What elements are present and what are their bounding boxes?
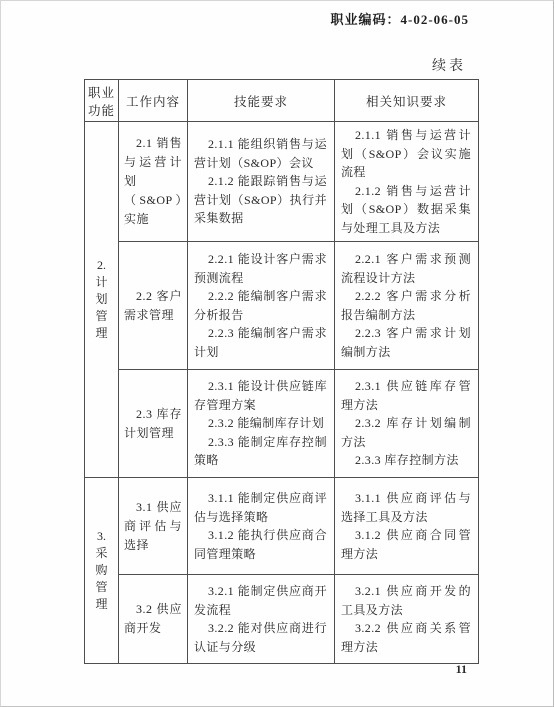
skills-cell: 2.3.1 能设计供应链库存管理方案 2.3.2 能编制库存计划 2.3.3 能… xyxy=(188,370,335,478)
function-group-planning: 2. 计划管理 xyxy=(85,122,119,478)
knowledge-item: 2.3.2 库存计划编制方法 xyxy=(341,414,471,451)
table-header-row: 职业功能 工作内容 技能要求 相关知识要求 xyxy=(85,80,479,122)
knowledge-cell: 3.2.1 供应商开发的工具及方法 3.2.2 供应商关系管理方法 xyxy=(335,575,479,664)
skills-cell: 2.2.1 能设计客户需求预测流程 2.2.2 能编制客户需求分析报告 2.2.… xyxy=(188,242,335,370)
function-name-vertical: 采购管理 xyxy=(95,545,108,613)
requirements-table: 职业功能 工作内容 技能要求 相关知识要求 2. 计划管理 2.1 销售与运营计… xyxy=(84,79,479,664)
function-label: 3. 采购管理 xyxy=(85,528,118,613)
knowledge-item: 3.2.2 供应商关系管理方法 xyxy=(341,619,471,656)
work-content-text: 2.1 销售与运营计划（S&OP）实施 xyxy=(124,134,182,229)
function-label: 2. 计划管理 xyxy=(85,257,118,342)
function-group-procurement: 3. 采购管理 xyxy=(85,478,119,664)
knowledge-cell: 2.1.1 销售与运营计划（S&OP）会议实施流程 2.1.2 销售与运营计划（… xyxy=(335,122,479,242)
knowledge-cell: 2.2.1 客户需求预测流程设计方法 2.2.2 客户需求分析报告编制方法 2.… xyxy=(335,242,479,370)
page-number: 11 xyxy=(456,662,467,677)
skill-item: 3.2.2 能对供应商进行认证与分级 xyxy=(194,619,327,656)
function-number: 2. xyxy=(97,257,106,273)
work-content-text: 2.2 客户需求管理 xyxy=(124,287,182,325)
skills-cell: 2.1.1 能组织销售与运营计划（S&OP）会议 2.1.2 能跟踪销售与运营计… xyxy=(188,122,335,242)
knowledge-item: 3.1.1 供应商评估与选择工具及方法 xyxy=(341,489,471,526)
work-content-cell: 2.2 客户需求管理 xyxy=(119,242,188,370)
knowledge-item: 2.2.2 客户需求分析报告编制方法 xyxy=(341,287,471,324)
knowledge-item: 3.2.1 供应商开发的工具及方法 xyxy=(341,582,471,619)
work-content-text: 3.1 供应商评估与选择 xyxy=(124,498,182,555)
continued-table-label: 续表 xyxy=(432,55,466,75)
skill-item: 2.3.1 能设计供应链库存管理方案 xyxy=(194,377,327,414)
work-content-text: 2.3 库存计划管理 xyxy=(124,405,182,443)
knowledge-cell: 2.3.1 供应链库存管理方法 2.3.2 库存计划编制方法 2.3.3 库存控… xyxy=(335,370,479,478)
skills-cell: 3.1.1 能制定供应商评估与选择策略 3.1.2 能执行供应商合同管理策略 xyxy=(188,478,335,575)
occupation-code: 职业编码：4-02-06-05 xyxy=(331,9,470,28)
table-row: 2. 计划管理 2.1 销售与运营计划（S&OP）实施 2.1.1 能组织销售与… xyxy=(85,122,479,242)
skill-item: 2.2.2 能编制客户需求分析报告 xyxy=(194,287,327,324)
skill-item: 2.1.2 能跟踪销售与运营计划（S&OP）执行并采集数据 xyxy=(194,172,327,228)
knowledge-item: 2.2.3 客户需求计划编制方法 xyxy=(341,324,471,361)
knowledge-item: 2.3.1 供应链库存管理方法 xyxy=(341,377,471,414)
table-row: 3.2 供应商开发 3.2.1 能制定供应商开发流程 3.2.2 能对供应商进行… xyxy=(85,575,479,664)
table-row: 2.2 客户需求管理 2.2.1 能设计客户需求预测流程 2.2.2 能编制客户… xyxy=(85,242,479,370)
table-row: 2.3 库存计划管理 2.3.1 能设计供应链库存管理方案 2.3.2 能编制库… xyxy=(85,370,479,478)
skill-item: 2.3.2 能编制库存计划 xyxy=(194,414,327,433)
skill-item: 3.1.1 能制定供应商评估与选择策略 xyxy=(194,489,327,526)
work-content-cell: 3.2 供应商开发 xyxy=(119,575,188,664)
skill-item: 2.2.3 能编制客户需求计划 xyxy=(194,324,327,361)
work-content-cell: 3.1 供应商评估与选择 xyxy=(119,478,188,575)
skill-item: 3.1.2 能执行供应商合同管理策略 xyxy=(194,526,327,563)
header-occupational-function: 职业功能 xyxy=(85,80,119,122)
document-page: 职业编码：4-02-06-05 续表 职业功能 工作内容 技能要求 相关知识要求… xyxy=(0,0,554,707)
skills-cell: 3.2.1 能制定供应商开发流程 3.2.2 能对供应商进行认证与分级 xyxy=(188,575,335,664)
knowledge-item: 2.1.2 销售与运营计划（S&OP）数据采集与处理工具及方法 xyxy=(341,182,471,238)
function-name-vertical: 计划管理 xyxy=(95,274,108,342)
header-knowledge-requirements: 相关知识要求 xyxy=(335,80,479,122)
knowledge-item: 2.1.1 销售与运营计划（S&OP）会议实施流程 xyxy=(341,126,471,182)
skill-item: 3.2.1 能制定供应商开发流程 xyxy=(194,582,327,619)
knowledge-item: 2.2.1 客户需求预测流程设计方法 xyxy=(341,250,471,287)
work-content-text: 3.2 供应商开发 xyxy=(124,600,182,638)
knowledge-item: 2.3.3 库存控制方法 xyxy=(341,451,471,470)
work-content-cell: 2.1 销售与运营计划（S&OP）实施 xyxy=(119,122,188,242)
knowledge-cell: 3.1.1 供应商评估与选择工具及方法 3.1.2 供应商合同管理方法 xyxy=(335,478,479,575)
skill-item: 2.1.1 能组织销售与运营计划（S&OP）会议 xyxy=(194,135,327,172)
header-work-content: 工作内容 xyxy=(119,80,188,122)
skill-item: 2.2.1 能设计客户需求预测流程 xyxy=(194,250,327,287)
skill-item: 2.3.3 能制定库存控制策略 xyxy=(194,433,327,470)
work-content-cell: 2.3 库存计划管理 xyxy=(119,370,188,478)
knowledge-item: 3.1.2 供应商合同管理方法 xyxy=(341,526,471,563)
header-skill-requirements: 技能要求 xyxy=(188,80,335,122)
function-number: 3. xyxy=(97,528,106,544)
table-row: 3. 采购管理 3.1 供应商评估与选择 3.1.1 能制定供应商评估与选择策略… xyxy=(85,478,479,575)
